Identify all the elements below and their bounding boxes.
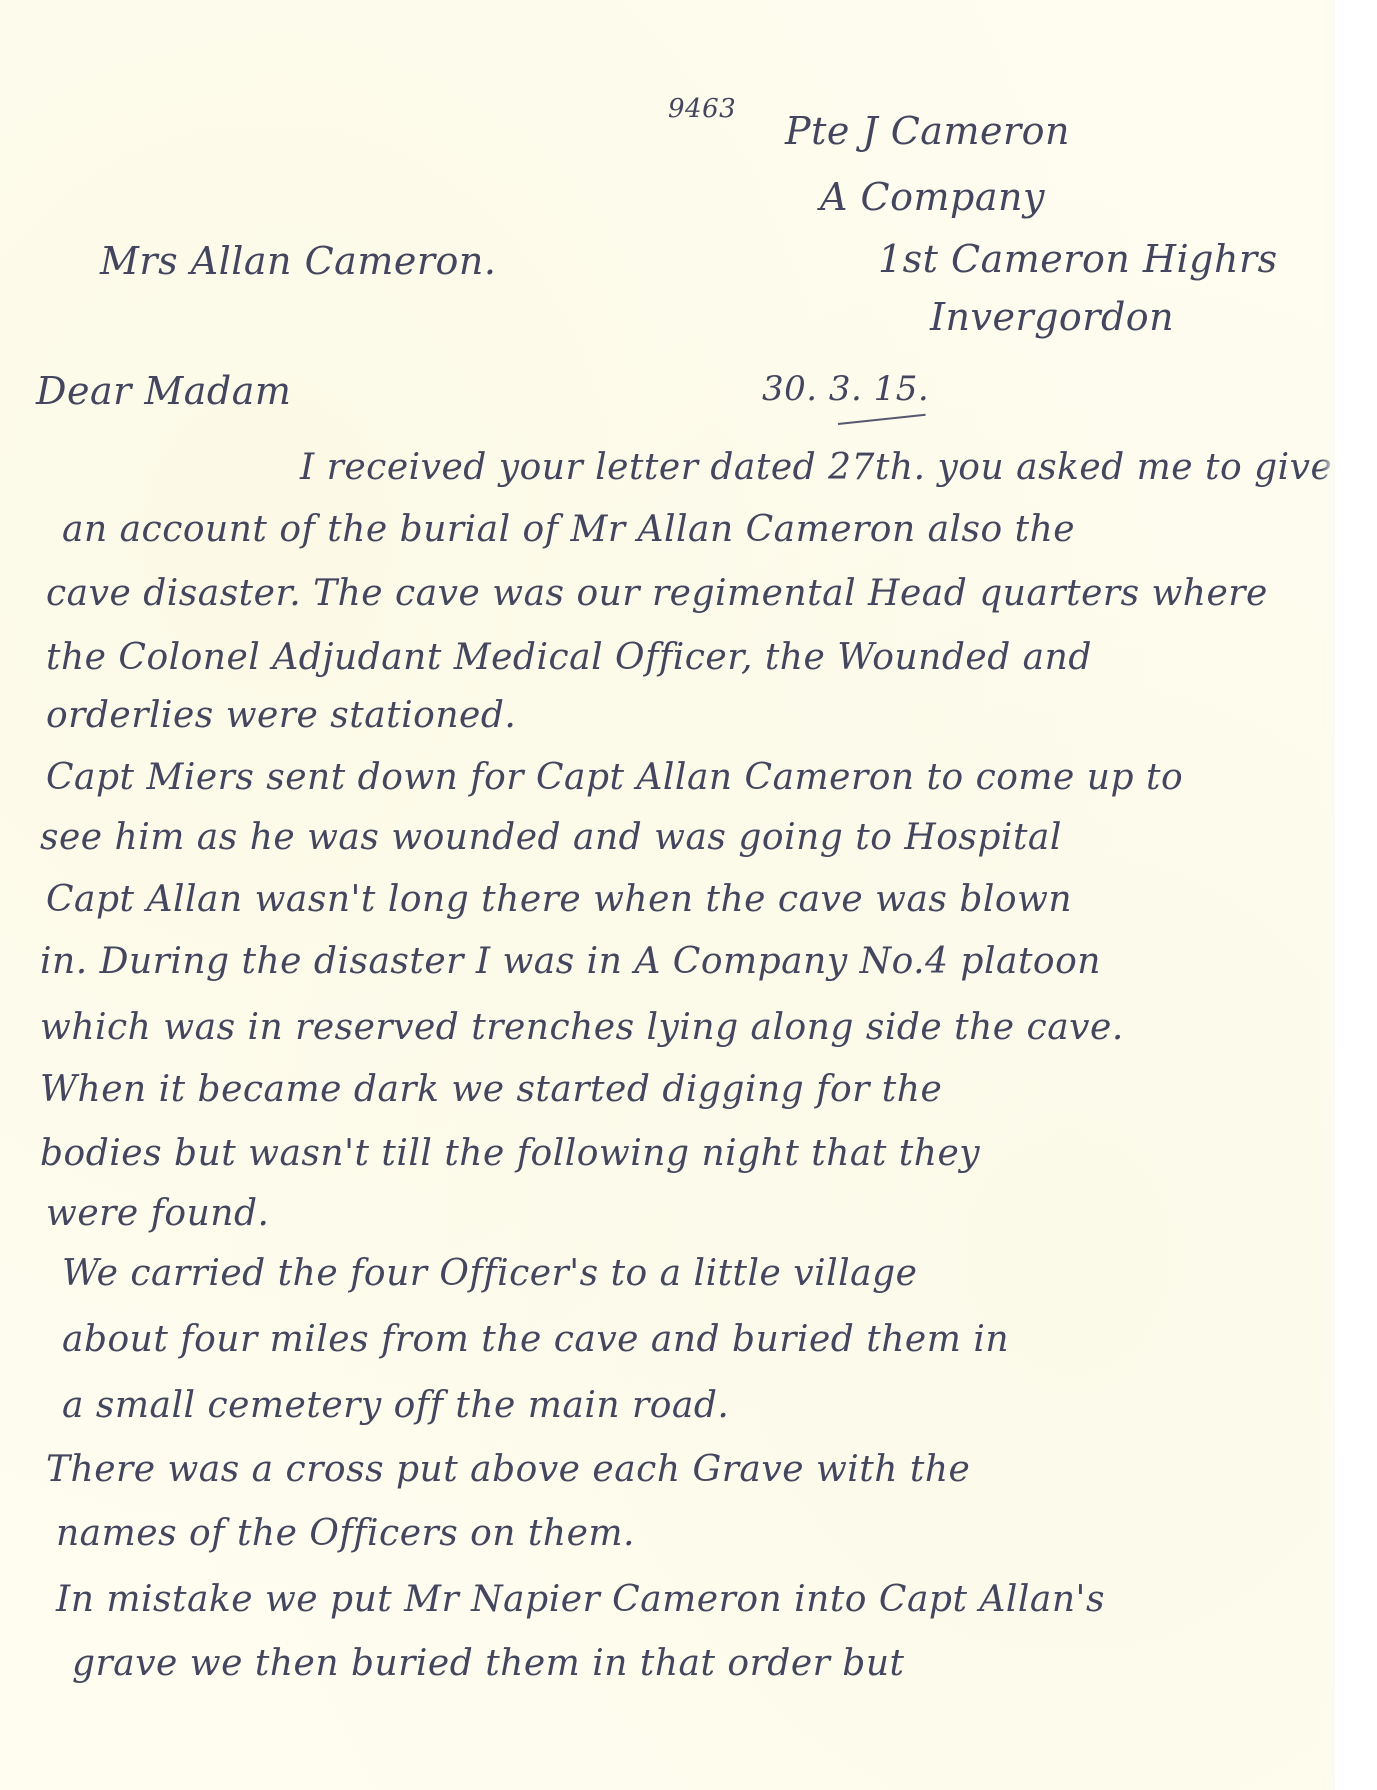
letter-page: 9463 Pte J Cameron A Company 1st Cameron…: [0, 0, 1335, 1790]
body-line: in. During the disaster I was in A Compa…: [40, 944, 1101, 980]
body-line: names of the Officers on them.: [56, 1516, 635, 1552]
body-line: the Colonel Adjudant Medical Officer, th…: [46, 640, 1092, 676]
body-line: cave disaster. The cave was our regiment…: [46, 576, 1268, 612]
body-line: We carried the four Officer's to a littl…: [62, 1256, 917, 1292]
body-line: grave we then buried them in that order …: [72, 1646, 904, 1682]
body-line: Capt Miers sent down for Capt Allan Came…: [46, 760, 1183, 796]
date-underline: [838, 414, 926, 425]
body-line: In mistake we put Mr Napier Cameron into…: [56, 1582, 1105, 1618]
salutation: Dear Madam: [36, 372, 291, 410]
body-line: about four miles from the cave and burie…: [62, 1322, 1009, 1358]
body-line: Capt Allan wasn't long there when the ca…: [46, 882, 1072, 918]
body-line: see him as he was wounded and was going …: [40, 820, 1062, 856]
body-line: There was a cross put above each Grave w…: [46, 1452, 970, 1488]
sender-regiment: 1st Cameron Highrs: [878, 240, 1278, 278]
body-line: orderlies were stationed.: [46, 698, 516, 734]
sender-company: A Company: [820, 178, 1045, 216]
body-line: were found.: [46, 1196, 269, 1232]
body-line: a small cemetery off the main road.: [62, 1388, 729, 1424]
body-line: I received your letter dated 27th. you a…: [300, 450, 1332, 486]
recipient-name: Mrs Allan Cameron.: [100, 242, 496, 280]
body-line: an account of the burial of Mr Allan Cam…: [62, 512, 1075, 548]
sender-location: Invergordon: [930, 298, 1174, 336]
body-line: When it became dark we started digging f…: [40, 1072, 942, 1108]
service-number: 9463: [668, 96, 736, 122]
sender-name: Pte J Cameron: [785, 112, 1070, 150]
body-line: bodies but wasn't till the following nig…: [40, 1136, 980, 1172]
letter-date: 30. 3. 15.: [762, 372, 929, 406]
body-line: which was in reserved trenches lying alo…: [40, 1010, 1124, 1046]
